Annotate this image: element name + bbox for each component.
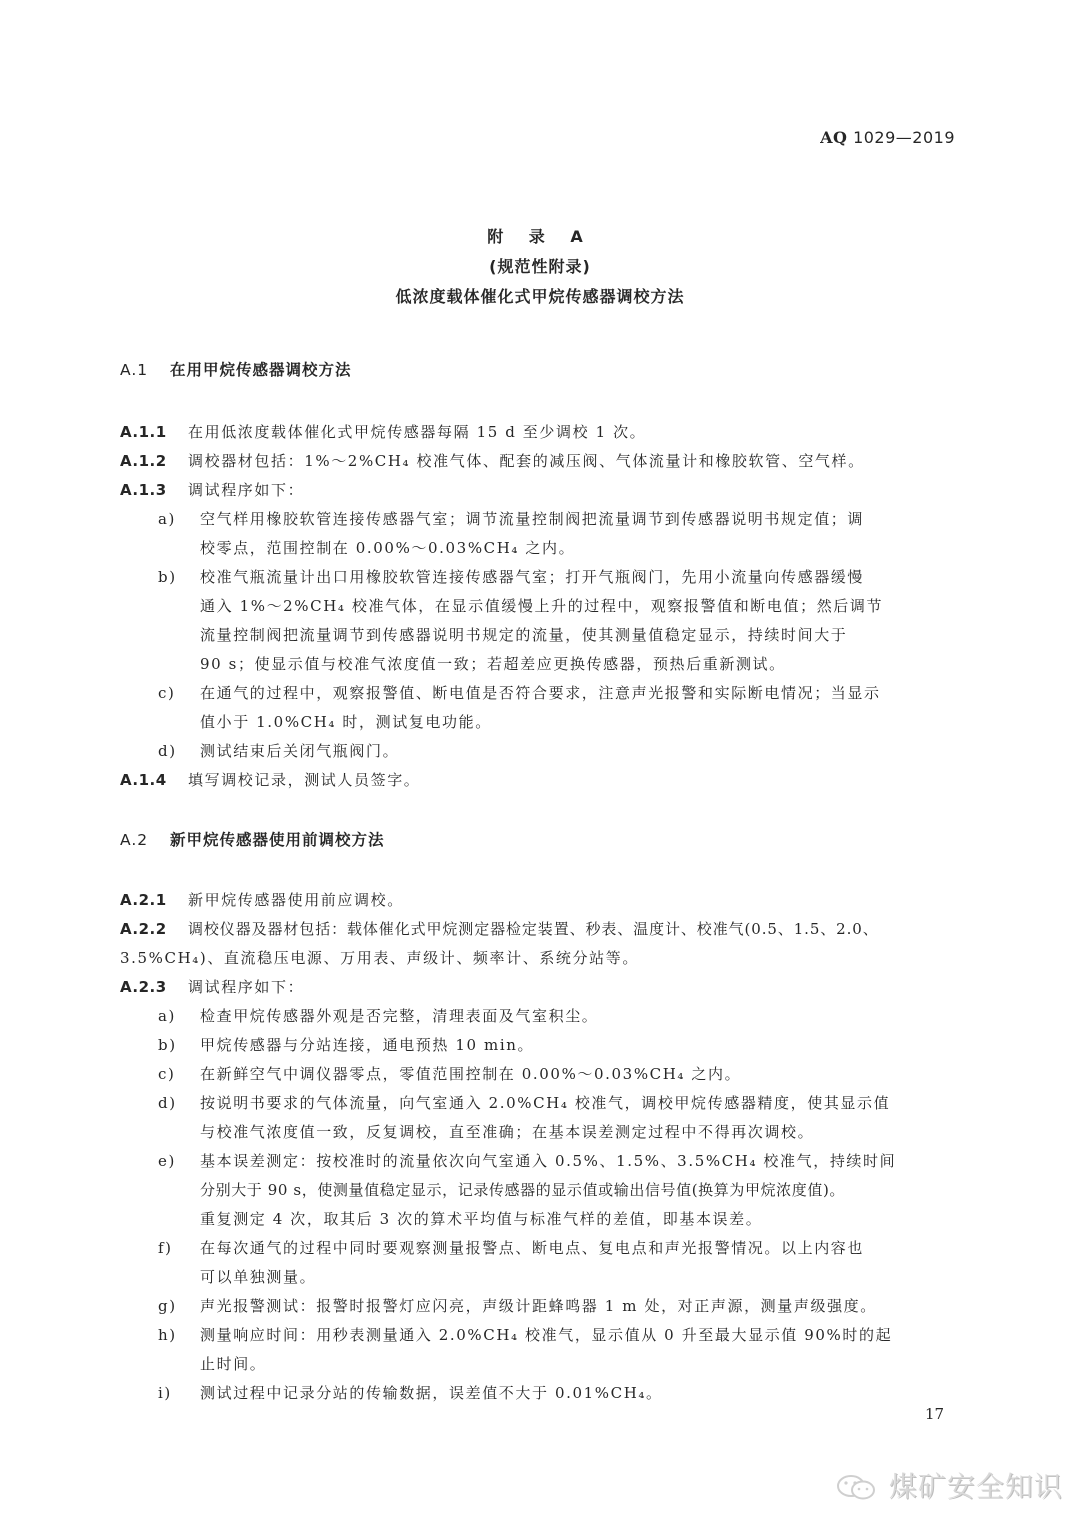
item-text: 测量响应时间：用秒表测量通入 2.0%CH₄ 校准气，显示值从 0 升至最大显示… xyxy=(200,1321,892,1350)
item-text: 甲烷传感器与分站连接，通电预热 10 min。 xyxy=(200,1031,534,1060)
item-marker: d) xyxy=(158,1089,177,1118)
item-text: 检查甲烷传感器外观是否完整，清理表面及气室积尘。 xyxy=(200,1002,598,1031)
item-text: 校准气瓶流量计出口用橡胶软管连接传感器气室；打开气瓶阀门，先用小流量向传感器缓慢 xyxy=(200,563,864,592)
section-heading-a1: A.1在用甲烷传感器调校方法 xyxy=(120,358,352,380)
item-text-continued: 校零点，范围控制在 0.00%～0.03%CH₄ 之内。 xyxy=(200,534,575,563)
standard-prefix: AQ xyxy=(820,128,847,147)
item-text-continued: 重复测定 4 次，取其后 3 次的算术平均值与标准气样的差值，即基本误差。 xyxy=(200,1205,762,1234)
item-text: 空气样用橡胶软管连接传感器气室；调节流量控制阀把流量调节到传感器说明书规定值；调 xyxy=(200,505,864,534)
item-marker: b) xyxy=(158,563,177,592)
annex-title: 低浓度载体催化式甲烷传感器调校方法 xyxy=(0,282,1080,312)
item-text-continued: 可以单独测量。 xyxy=(200,1263,316,1292)
item-text: 在通气的过程中，观察报警值、断电值是否符合要求，注意声光报警和实际断电情况；当显… xyxy=(200,679,881,708)
clause-text: 填写调校记录，测试人员签字。 xyxy=(188,766,420,795)
section-number: A.1 xyxy=(120,361,170,379)
clause-text-continued: 3.5%CH₄)、直流稳压电源、万用表、声级计、频率计、系统分站等。 xyxy=(120,944,639,973)
item-text: 测试结束后关闭气瓶阀门。 xyxy=(200,737,399,766)
item-text-continued: 分别大于 90 s，使测量值稳定显示，记录传感器的显示值或输出信号值(换算为甲烷… xyxy=(200,1176,845,1205)
standard-number: 1029—2019 xyxy=(853,128,955,147)
item-text: 在新鲜空气中调仪器零点，零值范围控制在 0.00%～0.03%CH₄ 之内。 xyxy=(200,1060,741,1089)
clause-number: A.1.4 xyxy=(120,766,167,795)
clause-text: 调校器材包括：1%～2%CH₄ 校准气体、配套的减压阀、气体流量计和橡胶软管、空… xyxy=(188,447,865,476)
annex-label: 附 录 A xyxy=(0,222,1080,252)
clause-number: A.1.3 xyxy=(120,476,167,505)
item-marker: d) xyxy=(158,737,177,766)
item-text-continued: 通入 1%～2%CH₄ 校准气体，在显示值缓慢上升的过程中，观察报警值和断电值；… xyxy=(200,592,883,621)
item-marker: c) xyxy=(158,1060,175,1089)
watermark: 煤矿安全知识 xyxy=(835,1465,1063,1505)
item-marker: i) xyxy=(158,1379,172,1408)
item-text-continued: 流量控制阀把流量调节到传感器说明书规定的流量，使其测量值稳定显示，持续时间大于 xyxy=(200,621,847,650)
section-heading-a2: A.2新甲烷传感器使用前调校方法 xyxy=(120,828,385,850)
standard-code: AQ 1029—2019 xyxy=(820,128,955,147)
clause-number: A.2.2 xyxy=(120,915,167,944)
clause-number: A.2.3 xyxy=(120,973,167,1002)
item-marker: c) xyxy=(158,679,175,708)
item-text: 在每次通气的过程中同时要观察测量报警点、断电点、复电点和声光报警情况。以上内容也 xyxy=(200,1234,864,1263)
item-marker: e) xyxy=(158,1147,176,1176)
watermark-text: 煤矿安全知识 xyxy=(889,1470,1063,1503)
clause-text: 在用低浓度载体催化式甲烷传感器每隔 15 d 至少调校 1 次。 xyxy=(188,418,646,447)
item-marker: a) xyxy=(158,505,176,534)
clause-number: A.2.1 xyxy=(120,886,167,915)
item-marker: b) xyxy=(158,1031,177,1060)
clause-text: 新甲烷传感器使用前应调校。 xyxy=(188,886,404,915)
item-text: 基本误差测定：按校准时的流量依次向气室通入 0.5%、1.5%、3.5%CH₄ … xyxy=(200,1147,896,1176)
item-text-continued: 与校准气浓度值一致，反复调校，直至准确；在基本误差测定过程中不得再次调校。 xyxy=(200,1118,814,1147)
item-text: 测试过程中记录分站的传输数据，误差值不大于 0.01%CH₄。 xyxy=(200,1379,663,1408)
item-marker: h) xyxy=(158,1321,177,1350)
item-marker: f) xyxy=(158,1234,173,1263)
clause-number: A.1.2 xyxy=(120,447,167,476)
wechat-icon xyxy=(835,1473,879,1503)
clause-text: 调校仪器及器材包括：载体催化式甲烷测定器检定装置、秒表、温度计、校准气(0.5、… xyxy=(188,915,879,944)
item-text: 声光报警测试：报警时报警灯应闪亮，声级计距蜂鸣器 1 m 处，对正声源，测量声级… xyxy=(200,1292,877,1321)
item-text-continued: 90 s；使显示值与校准气浓度值一致；若超差应更换传感器，预热后重新测试。 xyxy=(200,650,786,679)
section-title: 在用甲烷传感器调校方法 xyxy=(170,361,352,379)
item-text-continued: 止时间。 xyxy=(200,1350,266,1379)
item-marker: a) xyxy=(158,1002,176,1031)
clause-number: A.1.1 xyxy=(120,418,167,447)
item-marker: g) xyxy=(158,1292,177,1321)
clause-text: 调试程序如下： xyxy=(188,973,304,1002)
annex-title-block: 附 录 A (规范性附录) 低浓度载体催化式甲烷传感器调校方法 xyxy=(0,222,1080,312)
section-number: A.2 xyxy=(120,831,170,849)
clause-text: 调试程序如下： xyxy=(188,476,304,505)
page-number: 17 xyxy=(925,1405,944,1423)
item-text: 按说明书要求的气体流量，向气室通入 2.0%CH₄ 校准气，调校甲烷传感器精度，… xyxy=(200,1089,890,1118)
section-title: 新甲烷传感器使用前调校方法 xyxy=(170,831,385,849)
annex-type: (规范性附录) xyxy=(0,252,1080,282)
item-text-continued: 值小于 1.0%CH₄ 时，测试复电功能。 xyxy=(200,708,492,737)
